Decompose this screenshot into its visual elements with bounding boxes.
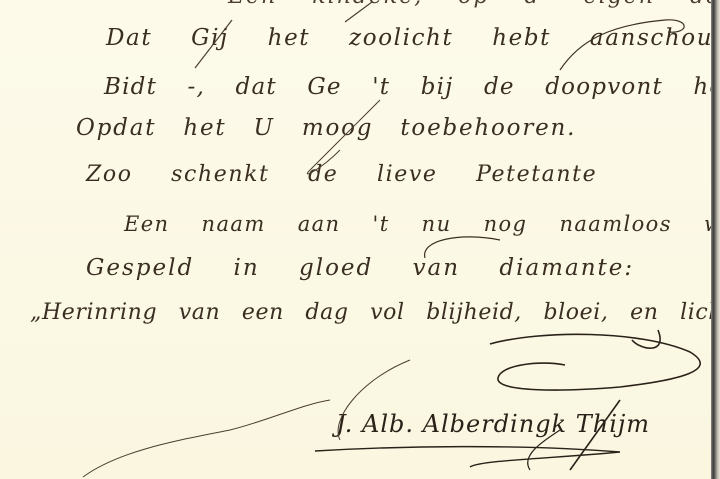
poem-line-8: „Herinring van een dag vol blijheid, blo… [30,300,720,325]
poem-line-6: Een naam aan 't nu nog naamloos wicht, [124,212,720,236]
poem-line-2: Dat Gij het zoolicht hebt aanschouwd, [106,25,720,51]
poem-line-3: Bidt -, dat Ge 't bij de doopvont houdt, [104,74,720,100]
manuscript-page: Een kindeke, op d' eigen dag geboren Dat… [0,0,711,479]
poem-line-5: Zoo schenkt de lieve Petetante [86,162,597,187]
poem-line-4: Opdat het U moog toebehooren. [76,115,576,141]
signature-flourish [0,0,720,479]
poem-line-7: Gespeld in gloed van diamante: [86,255,634,281]
page-edge-border [711,0,720,479]
author-signature: J. Alb. Alberdingk Thijm [336,410,650,438]
poem-line-1: Een kindeke, op d' eigen dag geboren [228,0,720,9]
